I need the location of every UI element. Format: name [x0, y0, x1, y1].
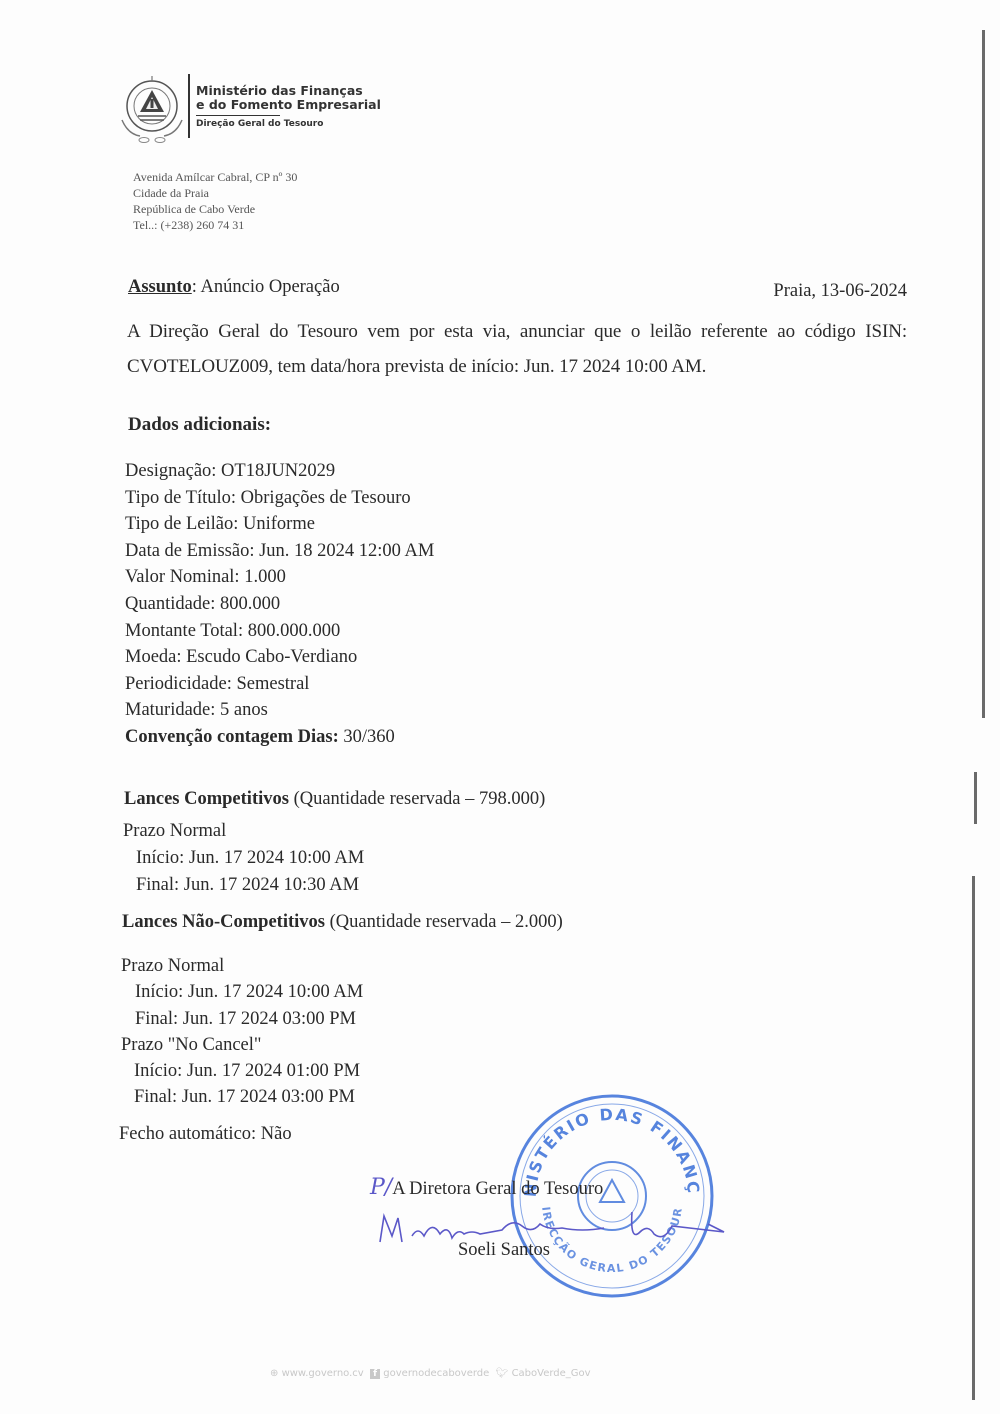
- scan-edge-bar: [972, 876, 975, 1400]
- address-line: República de Cabo Verde: [133, 201, 297, 217]
- facebook-icon: f: [370, 1369, 380, 1379]
- competitivos-title: Lances Competitivos (Quantidade reservad…: [124, 786, 545, 813]
- address-line: Avenida Amílcar Cabral, CP nº 30: [133, 169, 297, 185]
- scan-edge-bar: [974, 772, 977, 824]
- signature-icon: [372, 1172, 732, 1252]
- prazo-inicio: Início: Jun. 17 2024 10:00 AM: [123, 845, 364, 872]
- ministry-name: Ministério das Finanças e do Fomento Emp…: [196, 84, 381, 112]
- convencao-item: Convenção contagem Dias: 30/360: [125, 724, 434, 751]
- convencao-value: 30/360: [339, 727, 395, 747]
- prazo-final: Final: Jun. 17 2024 10:30 AM: [123, 872, 364, 899]
- dados-item: Valor Nominal: 1.000: [125, 564, 434, 591]
- convencao-label: Convenção contagem Dias:: [125, 727, 339, 747]
- nao-competitivos-reserved: (Quantidade reservada – 2.000): [325, 912, 563, 932]
- competitivos-label: Lances Competitivos: [124, 789, 289, 809]
- dados-item: Moeda: Escudo Cabo-Verdiano: [125, 644, 434, 671]
- facebook-link[interactable]: governodecaboverde: [383, 1368, 489, 1379]
- intro-paragraph: A Direção Geral do Tesouro vem por esta …: [127, 314, 907, 384]
- nao-competitivos-title: Lances Não-Competitivos (Quantidade rese…: [122, 909, 563, 936]
- competitivos-reserved: (Quantidade reservada – 798.000): [289, 789, 545, 809]
- handwritten-signature: [372, 1172, 732, 1252]
- prazo-normal-final: Final: Jun. 17 2024 03:00 PM: [121, 1006, 363, 1032]
- prazo-nocancel-final: Final: Jun. 17 2024 03:00 PM: [121, 1084, 363, 1110]
- nao-competitivos-label: Lances Não-Competitivos: [122, 912, 325, 932]
- fecho-automatico: Fecho automático: Não: [119, 1121, 292, 1148]
- ministry-rule: [196, 115, 280, 116]
- nao-competitivos-prazos: Prazo Normal Início: Jun. 17 2024 10:00 …: [121, 953, 363, 1111]
- prazo-normal-inicio: Início: Jun. 17 2024 10:00 AM: [121, 979, 363, 1005]
- dados-item: Periodicidade: Semestral: [125, 671, 434, 698]
- dados-item: Designação: OT18JUN2029: [125, 458, 434, 485]
- letter-date: Praia, 13-06-2024: [773, 281, 907, 302]
- twitter-link[interactable]: CaboVerde_Gov: [512, 1368, 591, 1379]
- address-block: Avenida Amílcar Cabral, CP nº 30 Cidade …: [133, 169, 297, 233]
- prazo-normal-label: Prazo Normal: [121, 953, 363, 979]
- prazo-nocancel-label: Prazo "No Cancel": [121, 1032, 363, 1058]
- website-link[interactable]: www.governo.cv: [282, 1368, 364, 1379]
- address-line: Tel..: (+238) 260 74 31: [133, 217, 297, 233]
- cabo-verde-coat-of-arms-icon: [114, 72, 190, 148]
- prazo-nocancel-inicio: Início: Jun. 17 2024 01:00 PM: [121, 1058, 363, 1084]
- subject-line: Assunto: Anúncio Operação: [128, 277, 340, 298]
- subject-value: : Anúncio Operação: [192, 277, 340, 297]
- dados-item: Maturidade: 5 anos: [125, 697, 434, 724]
- dados-list: Designação: OT18JUN2029 Tipo de Título: …: [125, 458, 434, 751]
- signatory-name: Soeli Santos: [458, 1240, 550, 1261]
- address-line: Cidade da Praia: [133, 185, 297, 201]
- twitter-icon: 🐦︎: [496, 1368, 509, 1379]
- dados-item: Data de Emissão: Jun. 18 2024 12:00 AM: [125, 538, 434, 565]
- dados-item: Quantidade: 800.000: [125, 591, 434, 618]
- globe-icon: ⊕: [270, 1368, 278, 1379]
- prazo-label: Prazo Normal: [123, 818, 364, 845]
- subject-label: Assunto: [128, 277, 192, 297]
- ministry-line-2: e do Fomento Empresarial: [196, 98, 381, 112]
- dados-item: Tipo de Leilão: Uniforme: [125, 511, 434, 538]
- footer-links: ⊕ www.governo.cv f governodecaboverde 🐦︎…: [270, 1368, 591, 1379]
- competitivos-prazo: Prazo Normal Início: Jun. 17 2024 10:00 …: [123, 818, 364, 899]
- scan-edge-bar: [982, 30, 985, 718]
- coat-of-arms-logo: [114, 72, 190, 148]
- dados-item: Montante Total: 800.000.000: [125, 618, 434, 645]
- department-name: Direção Geral do Tesouro: [196, 119, 323, 129]
- dados-title: Dados adicionais:: [128, 414, 271, 436]
- dados-item: Tipo de Título: Obrigações de Tesouro: [125, 485, 434, 512]
- ministry-line-1: Ministério das Finanças: [196, 84, 381, 98]
- header-divider: [188, 74, 190, 138]
